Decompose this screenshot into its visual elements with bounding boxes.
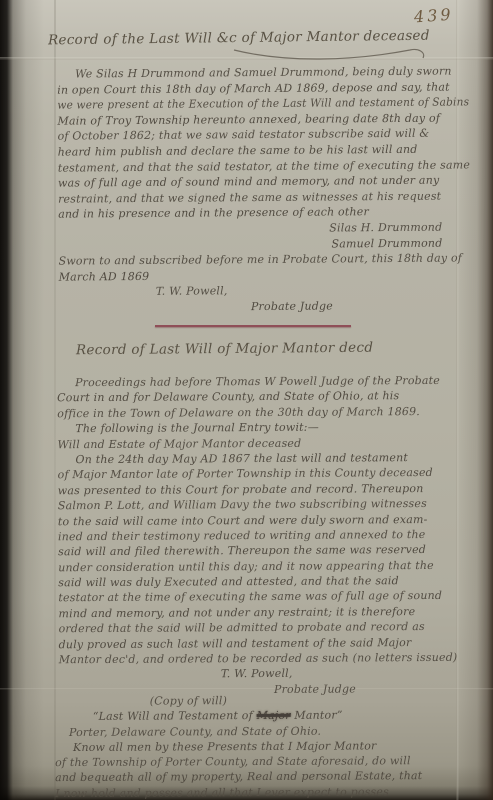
copy-of-will-text: (Copy of will)“Last Will and Testament o…: [55, 692, 468, 800]
handwritten-line: we were present at the Execution of the …: [57, 95, 452, 114]
handwritten-line: I now hold and posses and all that I eve…: [55, 784, 467, 800]
ledger-page: 439 Record of the Last Will &c of Major …: [0, 0, 493, 800]
section-heading-affidavit: Record of the Last Will &c of Major Mant…: [48, 28, 430, 49]
line-text: “Last Will and Testament of: [93, 709, 257, 723]
struck-out-text: Major: [257, 709, 291, 722]
page-number: 439: [413, 5, 454, 27]
handwritten-line: and bequeath all of my property, Real an…: [55, 768, 467, 785]
vertical-margin-crease: [54, 0, 56, 800]
handwritten-line: Sworn to and subscribed before me in Pro…: [58, 251, 470, 270]
probate-journal-entry-text: Proceedings had before Thomas W Powell J…: [57, 373, 471, 699]
handwritten-line: Proceedings had before Thomas W Powell J…: [57, 373, 469, 391]
horizontal-fold-crease: [0, 57, 493, 60]
line-text: Mantor”: [291, 709, 343, 722]
heading-underline-flourish: [232, 44, 432, 66]
handwritten-line: under consideration until this day; and …: [58, 557, 470, 575]
scanned-document: 439 Record of the Last Will &c of Major …: [0, 0, 493, 800]
handwritten-line: Probate Judge: [59, 297, 471, 316]
handwritten-line: Salmon P. Lott, and William Davy the two…: [58, 496, 470, 514]
witness-affidavit-text: We Silas H Drummond and Samuel Drummond,…: [57, 63, 471, 316]
handwritten-line: Mantor dec'd, and ordered to be recorded…: [59, 650, 471, 668]
section-heading-journal-entry: Record of Last Will of Major Mantor decd: [76, 340, 373, 359]
handwritten-line: office in the Town of Delaware on the 30…: [57, 404, 469, 422]
section-divider-rule: [155, 325, 351, 327]
